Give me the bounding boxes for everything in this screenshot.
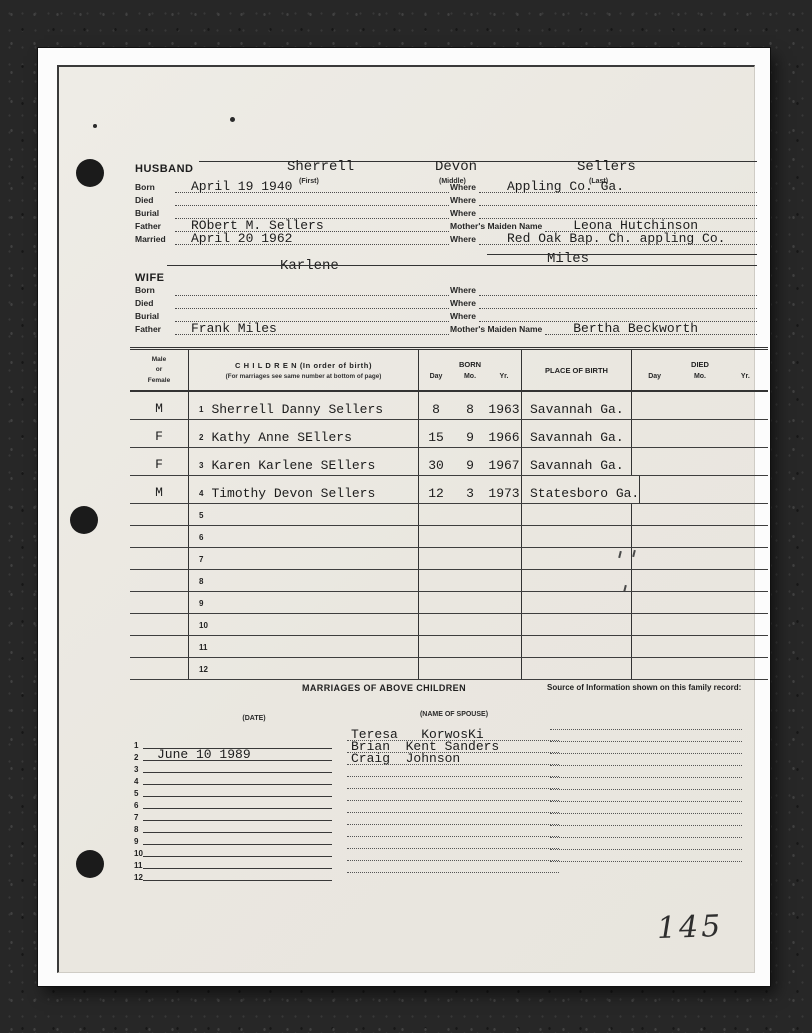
husband-name-line (199, 161, 757, 162)
marriage-date-line (143, 797, 332, 809)
born-cell (419, 548, 522, 569)
hole-punch (76, 159, 104, 187)
header-sex-column: Male or Female (130, 350, 189, 390)
field-right-value: Red Oak Bap. Ch. appling Co. (507, 231, 725, 246)
husband-rows-born: BornApril 19 1940WhereAppling Co. Ga. (135, 180, 757, 193)
field-line-right: Bertha Beckworth (545, 322, 757, 335)
field-right-label: Where (449, 208, 479, 219)
child-name-cell: 8 (189, 570, 419, 591)
sex-value: M (155, 401, 163, 416)
year-subheader: Yr. (487, 373, 521, 380)
born-day: 15 (419, 430, 453, 445)
header-died-column: DIED Day Mo. Yr. (632, 350, 768, 390)
source-line (550, 790, 742, 802)
sex-value: M (155, 485, 163, 500)
children-row-7: 7 (130, 548, 768, 570)
marriage-date-line (143, 809, 332, 821)
children-row-6: 6 (130, 526, 768, 548)
child-name-cell: 1Sherrell Danny Sellers (189, 392, 419, 419)
marriage-date-row-4: 4 (134, 773, 332, 785)
born-month: 9 (453, 430, 487, 445)
row-number: 2 (199, 433, 203, 442)
field-right-label: Where (449, 311, 479, 322)
died-cell (632, 592, 768, 613)
field-right-label: Where (449, 195, 479, 206)
source-line (550, 826, 742, 838)
place-header: PLACE OF BIRTH (545, 366, 608, 375)
marriage-spouse-row-10 (347, 837, 559, 849)
born-cell (419, 526, 522, 547)
place-cell: Savannah Ga. (522, 392, 632, 419)
year-subheader: Yr. (723, 373, 768, 380)
sex-cell (130, 658, 189, 679)
died-subheaders: Day Mo. Yr. (632, 373, 768, 380)
born-year: 1967 (487, 458, 521, 473)
source-line (550, 814, 742, 826)
field-line-right (479, 193, 757, 206)
sex-cell (130, 504, 189, 525)
field-label: Born (135, 182, 175, 193)
day-subheader: Day (419, 373, 453, 380)
header-children-column: C H I L D R E N (In order of birth) (For… (189, 350, 419, 390)
child-name-cell: 12 (189, 658, 419, 679)
row-number: 1 (199, 405, 203, 414)
scanned-page: HUSBAND Sherrell Devon Sellers (First) (… (57, 65, 755, 973)
sex-cell (130, 548, 189, 569)
husband-last-name: Sellers (577, 159, 636, 175)
field-line-left: April 19 1940 (175, 180, 449, 193)
marriage-spouse-header: (NAME OF SPOUSE) (389, 711, 519, 718)
place-cell: Savannah Ga. (522, 448, 632, 475)
place-cell: Savannah Ga. (522, 420, 632, 447)
row-number: 4 (199, 489, 203, 498)
wife-first-name: Karlene (280, 258, 339, 274)
wife-name-line (167, 265, 757, 266)
marriage-date-line: June 10 1989 (143, 749, 332, 761)
children-row-11: 11 (130, 636, 768, 658)
field-label: Burial (135, 311, 175, 322)
born-subheaders: Day Mo. Yr. (419, 373, 521, 380)
died-cell (632, 420, 768, 447)
marriage-date-value: June 10 1989 (157, 747, 251, 762)
row-number: 12 (199, 665, 208, 674)
child-name: Sherrell Danny Sellers (211, 402, 383, 417)
born-month: 9 (453, 458, 487, 473)
source-line (550, 766, 742, 778)
children-row-10: 10 (130, 614, 768, 636)
children-row-1: M1Sherrell Danny Sellers881963Savannah G… (130, 392, 768, 420)
child-name-cell: 6 (189, 526, 419, 547)
scan-artifact (230, 117, 235, 122)
field-label: Father (135, 221, 175, 232)
row-number: 5 (199, 511, 203, 520)
source-line (550, 718, 742, 730)
marriage-date-line (143, 761, 332, 773)
children-row-9: 9 (130, 592, 768, 614)
field-line-right: Red Oak Bap. Ch. appling Co. (479, 232, 757, 245)
source-line (550, 754, 742, 766)
field-right-label: Where (449, 234, 479, 245)
field-value: April 20 1962 (191, 231, 292, 246)
field-label: Married (135, 234, 175, 245)
marriage-date-row-3: 3 (134, 761, 332, 773)
wife-rows-born: BornWhere (135, 283, 757, 296)
children-header-main: C H I L D R E N (In order of birth) (235, 361, 372, 370)
sex-header-line: Female (148, 376, 170, 385)
marriage-spouse-row-4 (347, 765, 559, 777)
sex-cell (130, 636, 189, 657)
sex-header-line: Male (152, 355, 166, 364)
born-cell (419, 658, 522, 679)
spouse-name: Craig Johnson (351, 751, 460, 766)
marriage-date-row-8: 8 (134, 821, 332, 833)
born-cell (419, 504, 522, 525)
child-name-cell: 7 (189, 548, 419, 569)
sex-cell (130, 526, 189, 547)
children-row-2: F2Kathy Anne SEllers1591966Savannah Ga. (130, 420, 768, 448)
died-cell (640, 476, 768, 503)
died-cell (632, 448, 768, 475)
sex-cell: M (130, 392, 189, 419)
born-day: 30 (419, 458, 453, 473)
marriage-date-row-6: 6 (134, 797, 332, 809)
source-line (550, 778, 742, 790)
month-subheader: Mo. (677, 373, 722, 380)
born-year: 1973 (487, 486, 521, 501)
marriage-date-row-2: 2June 10 1989 (134, 749, 332, 761)
sex-cell: F (130, 420, 189, 447)
child-name-cell: 3Karen Karlene SEllers (189, 448, 419, 475)
husband-rows-died: DiedWhere (135, 193, 757, 206)
child-name-cell: 9 (189, 592, 419, 613)
place-cell (522, 636, 632, 657)
field-label: Died (135, 298, 175, 309)
born-cell: 1231973 (419, 476, 522, 503)
marriage-spouse-row-12 (347, 861, 559, 873)
row-number: 3 (199, 461, 203, 470)
marriage-date-line (143, 869, 332, 881)
born-year: 1963 (487, 402, 521, 417)
field-value: Frank Miles (191, 321, 277, 336)
sex-value: F (155, 457, 163, 472)
sex-value: F (155, 429, 163, 444)
born-header: BORN (459, 360, 481, 369)
born-cell (419, 614, 522, 635)
wife-lastname-line (487, 254, 757, 255)
born-month: 8 (453, 402, 487, 417)
place-value: Savannah Ga. (530, 430, 624, 445)
place-value: Savannah Ga. (530, 458, 624, 473)
marriage-date-line (143, 845, 332, 857)
born-day: 8 (419, 402, 453, 417)
children-row-3: F3Karen Karlene SEllers3091967Savannah G… (130, 448, 768, 476)
field-value: April 19 1940 (191, 179, 292, 194)
row-number: 6 (199, 533, 203, 542)
child-name-cell: 4Timothy Devon Sellers (189, 476, 419, 503)
place-cell (522, 526, 632, 547)
source-line (550, 742, 742, 754)
born-month: 3 (453, 486, 487, 501)
died-cell (632, 504, 768, 525)
marriage-date-row-7: 7 (134, 809, 332, 821)
born-cell (419, 592, 522, 613)
child-name-cell: 10 (189, 614, 419, 635)
marriage-date-line (143, 833, 332, 845)
children-row-8: 8 (130, 570, 768, 592)
field-right-label: Mother's Maiden Name (449, 324, 545, 335)
field-right-label: Where (449, 298, 479, 309)
marriage-spouse-row-9 (347, 825, 559, 837)
died-cell (632, 570, 768, 591)
sex-cell (130, 570, 189, 591)
born-day: 12 (419, 486, 453, 501)
place-value: Savannah Ga. (530, 402, 624, 417)
place-cell (522, 614, 632, 635)
wife-rows-died: DiedWhere (135, 296, 757, 309)
born-cell: 1591966 (419, 420, 522, 447)
marriage-date-line (143, 773, 332, 785)
died-cell (632, 658, 768, 679)
hole-punch (76, 850, 104, 878)
marriage-date-line (143, 857, 332, 869)
field-right-label: Where (449, 182, 479, 193)
died-cell (632, 392, 768, 419)
marriage-date-line (143, 821, 332, 833)
husband-rows-married: MarriedApril 20 1962WhereRed Oak Bap. Ch… (135, 232, 757, 245)
marriage-date-row-9: 9 (134, 833, 332, 845)
died-cell (632, 614, 768, 635)
sex-cell (130, 614, 189, 635)
marriage-row-number: 12 (134, 873, 143, 882)
month-subheader: Mo. (453, 373, 487, 380)
marriage-date-row-11: 11 (134, 857, 332, 869)
born-cell: 881963 (419, 392, 522, 419)
child-name: Timothy Devon Sellers (211, 486, 375, 501)
source-label: Source of Information shown on this fami… (547, 683, 752, 693)
child-name-cell: 2Kathy Anne SEllers (189, 420, 419, 447)
place-cell (522, 592, 632, 613)
source-line (550, 838, 742, 850)
place-cell (522, 504, 632, 525)
source-line (550, 730, 742, 742)
field-line-left (175, 193, 449, 206)
source-line (550, 802, 742, 814)
marriages-title: MARRIAGES OF ABOVE CHILDREN (244, 683, 524, 693)
marriage-spouse-row-7 (347, 801, 559, 813)
marriage-spouse-row-11 (347, 849, 559, 861)
marriage-date-line (143, 785, 332, 797)
row-number: 11 (199, 643, 207, 652)
marriage-spouse-row-8 (347, 813, 559, 825)
children-row-4: M4Timothy Devon Sellers1231973Statesboro… (130, 476, 768, 504)
died-cell (632, 548, 768, 569)
died-cell (632, 526, 768, 547)
children-row-5: 5 (130, 504, 768, 526)
husband-middle-name: Devon (435, 159, 477, 175)
place-cell (522, 548, 632, 569)
field-right-value: Bertha Beckworth (573, 321, 698, 336)
header-born-column: BORN Day Mo. Yr. (419, 350, 522, 390)
children-header-sub: (For marriages see same number at bottom… (226, 373, 382, 380)
marriage-date-row-12: 12 (134, 869, 332, 881)
page-number: 145 (656, 909, 723, 946)
place-cell (522, 658, 632, 679)
child-name: Karen Karlene SEllers (211, 458, 375, 473)
header-place-column: PLACE OF BIRTH (522, 350, 632, 390)
field-label: Died (135, 195, 175, 206)
field-right-label: Where (449, 285, 479, 296)
child-name-cell: 11 (189, 636, 419, 657)
field-line-right (479, 296, 757, 309)
born-year: 1966 (487, 430, 521, 445)
marriage-date-header: (DATE) (214, 715, 294, 722)
wife-rows-father: FatherFrank MilesMother's Maiden NameBer… (135, 322, 757, 335)
place-value: Statesboro Ga. (530, 486, 639, 501)
hole-punch (70, 506, 98, 534)
row-number: 9 (199, 599, 203, 608)
marriage-spouse-row-3: Craig Johnson (347, 753, 559, 765)
page-frame: HUSBAND Sherrell Devon Sellers (First) (… (38, 48, 770, 986)
born-cell (419, 570, 522, 591)
place-cell: Statesboro Ga. (522, 476, 640, 503)
died-header: DIED (691, 360, 709, 369)
field-right-value: Appling Co. Ga. (507, 179, 624, 194)
scan-artifact (93, 124, 97, 128)
husband-first-name: Sherrell (287, 159, 354, 175)
row-number: 8 (199, 577, 203, 586)
child-name: Kathy Anne SEllers (211, 430, 351, 445)
row-number: 10 (199, 621, 208, 630)
marriage-spouse-row-6 (347, 789, 559, 801)
source-line (550, 850, 742, 862)
children-table-header: Male or Female C H I L D R E N (In order… (130, 350, 768, 392)
marriage-date-row-5: 5 (134, 785, 332, 797)
born-cell (419, 636, 522, 657)
field-label: Father (135, 324, 175, 335)
field-line-left (175, 283, 449, 296)
field-line-right: Appling Co. Ga. (479, 180, 757, 193)
marriage-date-row-10: 10 (134, 845, 332, 857)
husband-section-label: HUSBAND (135, 163, 194, 175)
sex-cell (130, 592, 189, 613)
born-cell: 3091967 (419, 448, 522, 475)
field-line-left: April 20 1962 (175, 232, 449, 245)
sex-header-line: or (156, 365, 163, 374)
field-line-left: Frank Miles (175, 322, 449, 335)
sex-cell: M (130, 476, 189, 503)
children-table: Male or Female C H I L D R E N (In order… (130, 347, 768, 392)
died-cell (632, 636, 768, 657)
field-label: Burial (135, 208, 175, 219)
field-label: Born (135, 285, 175, 296)
marriage-spouse-row-5 (347, 777, 559, 789)
field-line-left (175, 296, 449, 309)
sex-cell: F (130, 448, 189, 475)
day-subheader: Day (632, 373, 677, 380)
row-number: 7 (199, 555, 203, 564)
place-cell (522, 570, 632, 591)
field-line-right (479, 283, 757, 296)
children-row-12: 12 (130, 658, 768, 680)
child-name-cell: 5 (189, 504, 419, 525)
